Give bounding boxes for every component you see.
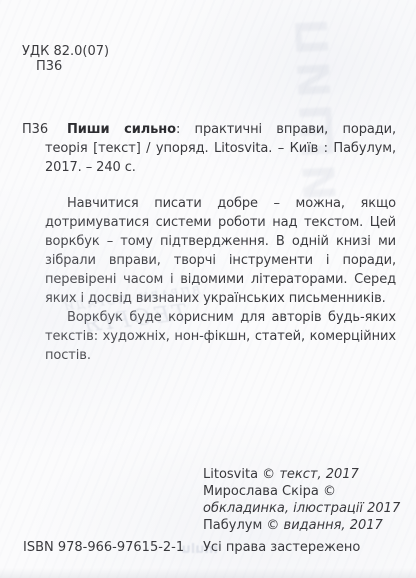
isbn: ISBN 978-966-97615-2-1 [23,540,184,555]
udc-number: УДК 82.0(07) [22,44,416,59]
bibliographic-entry: П36Пиши сильно: практичні вправи, поради… [45,120,396,177]
page-edge-shadow [0,568,416,578]
author-sign: П36 [22,59,416,74]
credit-cover: Мирослава Скіра © обкладинка, ілюстрації… [203,483,408,517]
credit-role: видання, 2017 [284,518,383,533]
annotation: Навчитися писати добре – можна, якщо дот… [45,194,396,365]
book-title: Пиши сильно [67,122,176,137]
annotation-paragraph-1: Навчитися писати добре – можна, якщо дот… [45,194,396,308]
entry-code: П36 [22,120,48,139]
udc-block: УДК 82.0(07) П36 [0,0,416,74]
annotation-paragraph-2: Воркбук буде корисним для авторів будь-я… [45,308,396,365]
credit-holder: Мирослава Скіра © [203,484,336,499]
credit-role: обкладинка, ілюстрації 2017 [203,501,400,516]
isbn-rights-row: ISBN 978-966-97615-2-1 Усі права застере… [0,540,416,558]
credit-holder: Пабулум © [203,518,279,533]
book-imprint-page: ПИШИ ВПРАВИ, ПОРАДИ ТЕОРІЯ mulu УДК 82.0… [0,0,416,578]
copyright-credits: Litosvita © текст, 2017 Мирослава Скіра … [203,466,408,534]
credit-holder: Litosvita © [203,467,275,482]
credit-text: Litosvita © текст, 2017 [203,466,408,483]
rights-reserved: Усі права застережено [203,540,360,555]
credit-role: текст, 2017 [279,467,359,482]
credit-edition: Пабулум © видання, 2017 [203,517,408,534]
